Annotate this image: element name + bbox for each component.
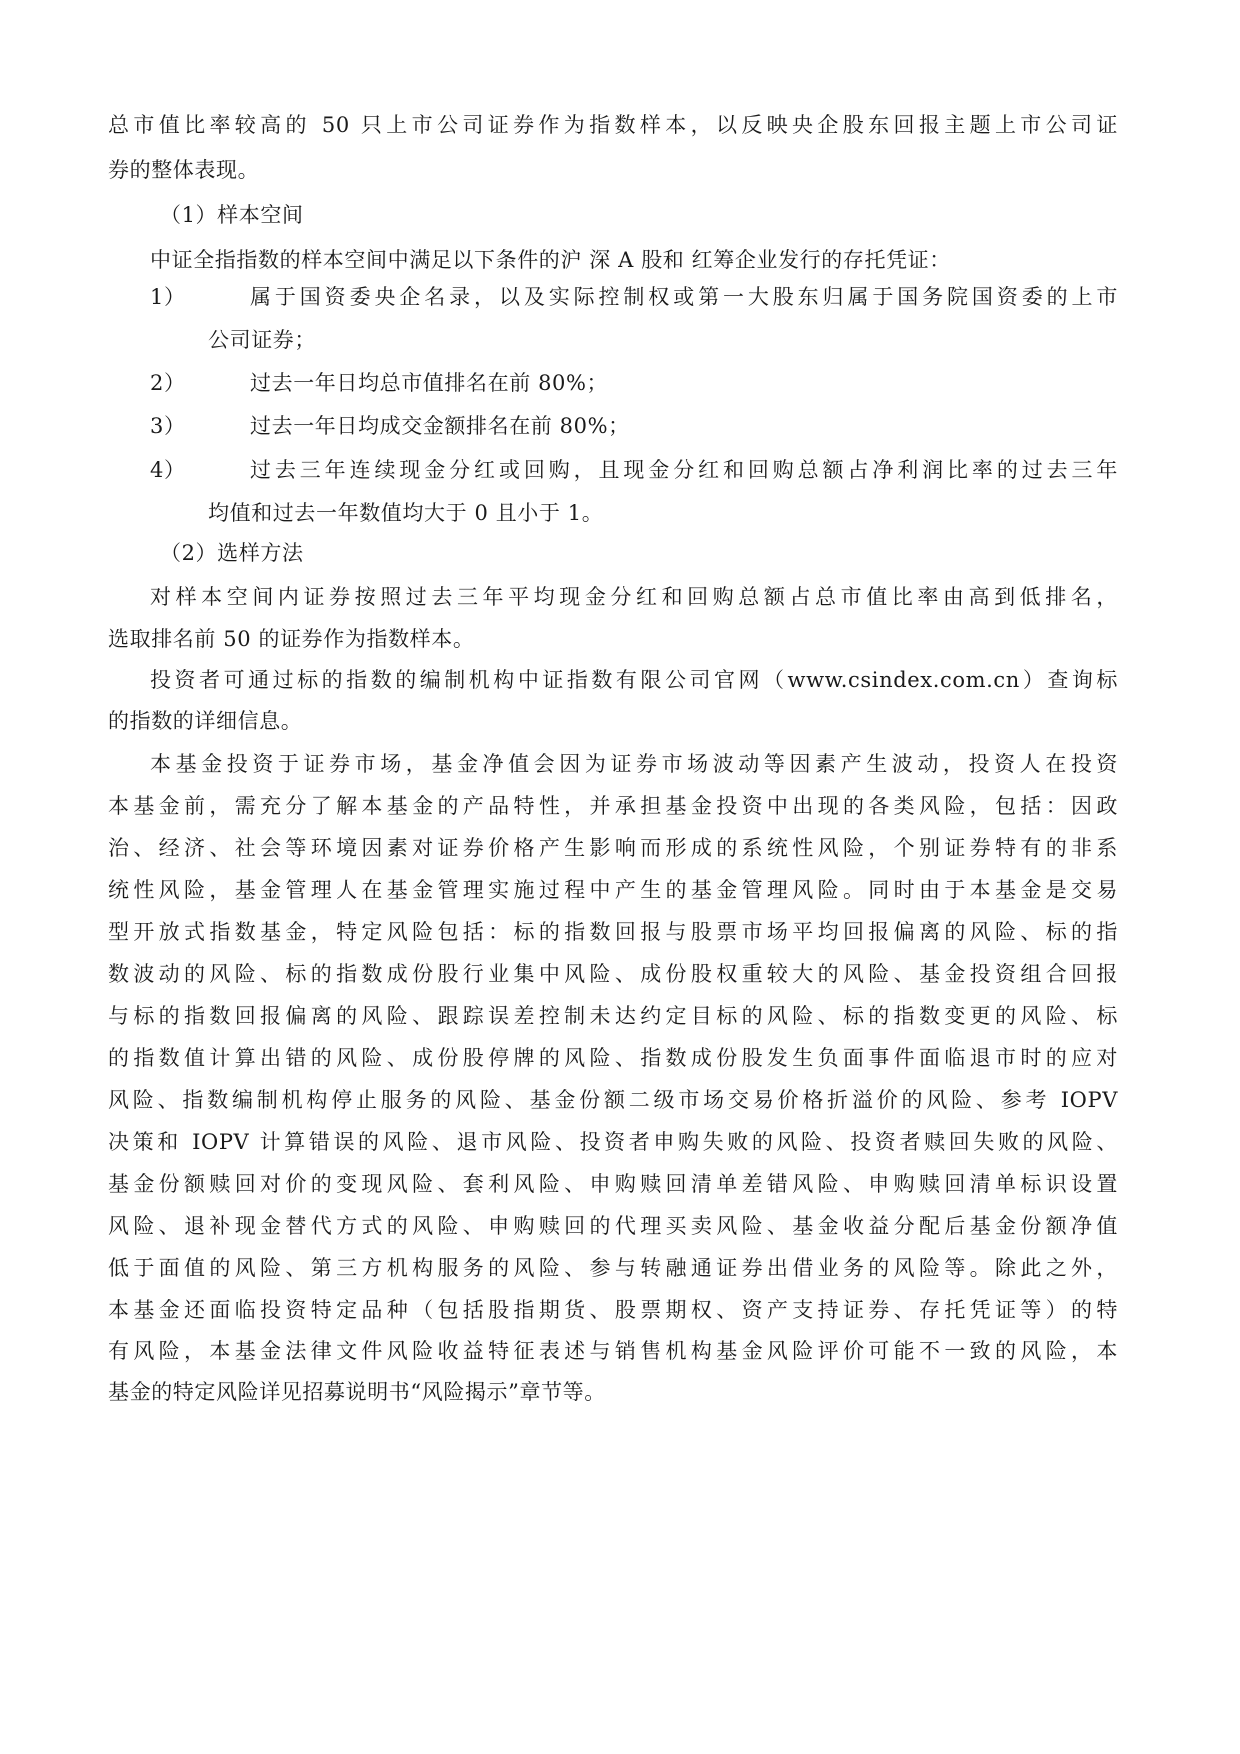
paragraph-line: 风险、指数编制机构停止服务的风险、基金份额二级市场交易价格折溢价的风险、参考 I… [108, 1086, 1118, 1114]
paragraph-line: 治、经济、社会等环境因素对证券价格产生影响而形成的系统性风险，个别证券特有的非系 [108, 834, 1118, 862]
paragraph-line: 本基金还面临投资特定品种（包括股指期货、股票期权、资产支持证券、存托凭证等）的特 [108, 1296, 1118, 1324]
paragraph-line: 与标的指数回报偏离的风险、跟踪误差控制未达约定目标的风险、标的指数变更的风险、标 [108, 1002, 1118, 1030]
paragraph-line: 风险、退补现金替代方式的风险、申购赎回的代理买卖风险、基金收益分配后基金份额净值 [108, 1212, 1118, 1240]
paragraph-line: 低于面值的风险、第三方机构服务的风险、参与转融通证券出借业务的风险等。除此之外， [108, 1254, 1118, 1282]
paragraph-line: 选取排名前 50 的证券作为指数样本。 [108, 625, 474, 653]
paragraph-line: 的指数的详细信息。 [108, 707, 302, 735]
paragraph-line: 基金份额赎回对价的变现风险、套利风险、申购赎回清单差错风险、申购赎回清单标识设置 [108, 1170, 1118, 1198]
paragraph-line: 数波动的风险、标的指数成份股行业集中风险、成份股权重较大的风险、基金投资组合回报 [108, 960, 1118, 988]
list-item-text: 过去一年日均总市值排名在前 80%； [250, 369, 608, 397]
list-item-text: 过去三年连续现金分红或回购，且现金分红和回购总额占净利润比率的过去三年 [250, 456, 1118, 484]
list-item-text: 属于国资委央企名录，以及实际控制权或第一大股东归属于国务院国资委的上市 [250, 283, 1118, 311]
paragraph-line: 决策和 IOPV 计算错误的风险、退市风险、投资者申购失败的风险、投资者赎回失败… [108, 1128, 1118, 1156]
paragraph-line: 本基金前，需充分了解本基金的产品特性，并承担基金投资中出现的各类风险，包括：因政 [108, 792, 1118, 820]
paragraph-line: 型开放式指数基金，特定风险包括：标的指数回报与股票市场平均回报偏离的风险、标的指 [108, 918, 1118, 946]
list-item-text: 均值和过去一年数值均大于 0 且小于 1。 [208, 499, 603, 527]
document-page: 总市值比率较高的 50 只上市公司证券作为指数样本，以反映央企股东回报主题上市公… [0, 0, 1240, 1754]
paragraph-line: 总市值比率较高的 50 只上市公司证券作为指数样本，以反映央企股东回报主题上市公… [108, 111, 1118, 139]
paragraph-line: 对样本空间内证券按照过去三年平均现金分红和回购总额占总市值比率由高到低排名， [150, 583, 1118, 611]
list-marker: 3） [150, 412, 186, 440]
list-item-text: 过去一年日均成交金额排名在前 80%； [250, 412, 630, 440]
paragraph-line: 统性风险，基金管理人在基金管理实施过程中产生的基金管理风险。同时由于本基金是交易 [108, 876, 1118, 904]
paragraph-line: 投资者可通过标的指数的编制机构中证指数有限公司官网（www.csindex.co… [150, 666, 1118, 694]
section-heading: （1）样本空间 [160, 201, 304, 229]
list-marker: 4） [150, 456, 186, 484]
paragraph-line: 的指数值计算出错的风险、成份股停牌的风险、指数成份股发生负面事件面临退市时的应对 [108, 1044, 1118, 1072]
paragraph-line: 券的整体表现。 [108, 156, 259, 184]
paragraph-line: 基金的特定风险详见招募说明书“风险揭示”章节等。 [108, 1378, 606, 1406]
paragraph-line: 有风险，本基金法律文件风险收益特征表述与销售机构基金风险评价可能不一致的风险，本 [108, 1337, 1118, 1365]
list-marker: 2） [150, 369, 186, 397]
list-marker: 1） [150, 283, 186, 311]
section-heading: （2）选样方法 [160, 539, 304, 567]
list-item-text: 公司证券； [208, 326, 316, 354]
paragraph-line: 本基金投资于证券市场，基金净值会因为证券市场波动等因素产生波动，投资人在投资 [150, 750, 1118, 778]
section-lead: 中证全指指数的样本空间中满足以下条件的沪 深 A 股和 红筹企业发行的存托凭证： [150, 246, 951, 274]
